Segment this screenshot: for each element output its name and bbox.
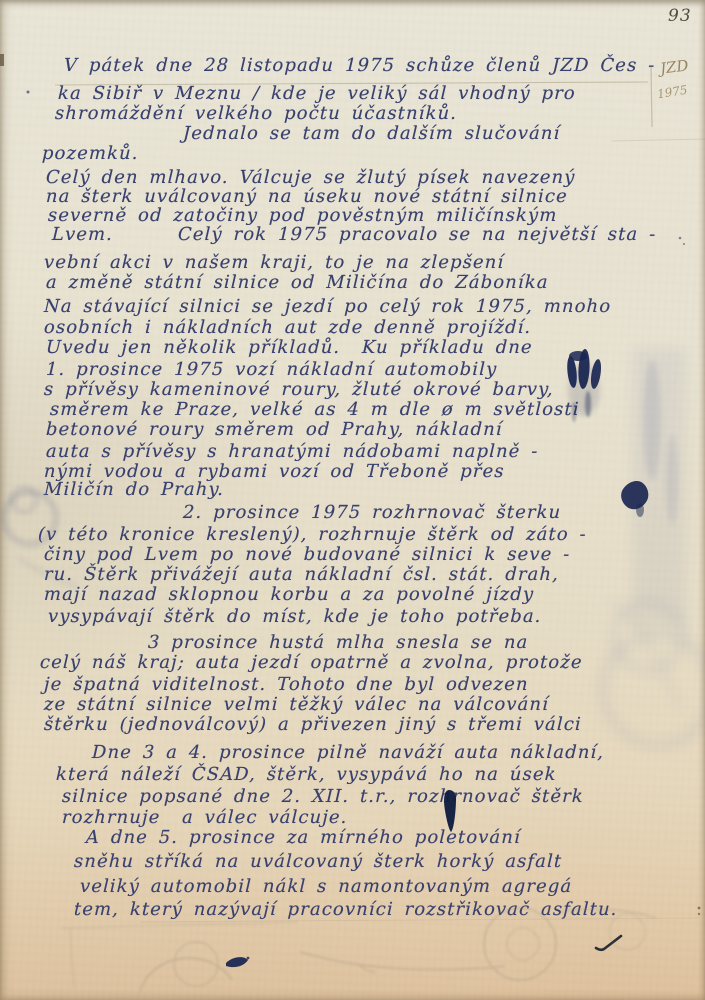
manuscript-line: 3 prosince hustá mlha snesla se na <box>148 632 529 653</box>
manuscript-line: Na stávající silnici se jezdí po celý ro… <box>44 296 612 317</box>
manuscript-line: shromáždění velkého počtu účastníků. <box>55 103 458 124</box>
manuscript-line: Uvedu jen několik příkladů. Ku příkladu … <box>46 337 533 358</box>
manuscript-line: Dne 3 a 4. prosince pilně naváží auta ná… <box>92 742 605 763</box>
manuscript-line: silnice popsané dne 2. XII. t.r., rozhrn… <box>62 786 585 807</box>
manuscript-line: směrem ke Praze, velké as 4 m dle ø m sv… <box>50 399 580 420</box>
manuscript-line: osobních i nákladních aut zde denně proj… <box>44 317 532 338</box>
manuscript-line: betonové roury směrem od Prahy, nákladní <box>46 419 503 440</box>
manuscript-line: A dne 5. prosince za mírného poletování <box>86 827 522 848</box>
manuscript-line: auta s přívěsy s hranatými nádobami napl… <box>46 441 539 462</box>
manuscript-line: veliký automobil nákl s namontovaným agr… <box>80 876 573 897</box>
manuscript-line: 1. prosince 1975 vozí nákladní automobil… <box>46 359 498 380</box>
manuscript-line: severně od zatočiny pod pověstným miličí… <box>48 205 558 226</box>
manuscript-line: mají nazad sklopnou korbu a za povolné j… <box>44 584 535 605</box>
manuscript-line: ka Sibiř v Meznu / kde je veliký sál vho… <box>58 83 577 104</box>
manuscript-line: (v této kronice kreslený), rozhrnuje ště… <box>38 524 588 545</box>
manuscript-line: Jednalo se tam do dalším slučování <box>183 123 561 144</box>
manuscript-line: Lvem. Celý rok 1975 pracovalo se na nejv… <box>52 224 657 245</box>
manuscript-line: tem, který nazývají pracovníci rozstřiko… <box>74 899 618 920</box>
chronicle-page: 93 JZD 1975 V pátek dne 28 listopadu 197… <box>0 0 705 1000</box>
manuscript-line: je špatná viditelnost. Tohoto dne byl od… <box>44 674 529 695</box>
manuscript-line: V pátek dne 28 listopadu 1975 schůze čle… <box>64 55 656 76</box>
manuscript-line: a změně státní silnice od Miličína do Zá… <box>46 272 549 293</box>
manuscript-line: činy pod Lvem po nové budované silnici k… <box>44 544 571 565</box>
manuscript-line: ze státní silnice velmi těžký válec na v… <box>44 694 550 715</box>
manuscript-line: Celý den mlhavo. Válcuje se žlutý písek … <box>46 167 576 188</box>
manuscript-line: 2. prosince 1975 rozhrnovač šterku <box>183 502 562 523</box>
manuscript-line: rozhrnuje a válec válcuje. <box>62 807 348 828</box>
manuscript-text: V pátek dne 28 listopadu 1975 schůze čle… <box>0 0 705 1000</box>
manuscript-line: vební akci v našem kraji, to je na zlepš… <box>44 252 505 273</box>
manuscript-line: sněhu stříká na uválcovaný šterk horký a… <box>74 851 563 872</box>
manuscript-line: ru. Štěrk přivážejí auta nákladní čsl. s… <box>44 564 560 585</box>
manuscript-line: štěrku (jednoválcový) a přivezen jiný s … <box>44 714 583 735</box>
manuscript-line: na šterk uválcovaný na úseku nové státní… <box>46 186 569 207</box>
manuscript-line: která náleží ČSAD, štěrk, vysypává ho na… <box>56 764 557 785</box>
manuscript-line: s přívěsy kameninové roury, žluté okrové… <box>44 379 554 400</box>
manuscript-line: vysypávají štěrk do míst, kde je toho po… <box>48 606 542 627</box>
manuscript-line: celý náš kraj; auta jezdí opatrně a zvol… <box>40 652 583 673</box>
manuscript-line: pozemků. <box>42 143 139 164</box>
manuscript-line: Miličín do Prahy. <box>44 479 225 500</box>
